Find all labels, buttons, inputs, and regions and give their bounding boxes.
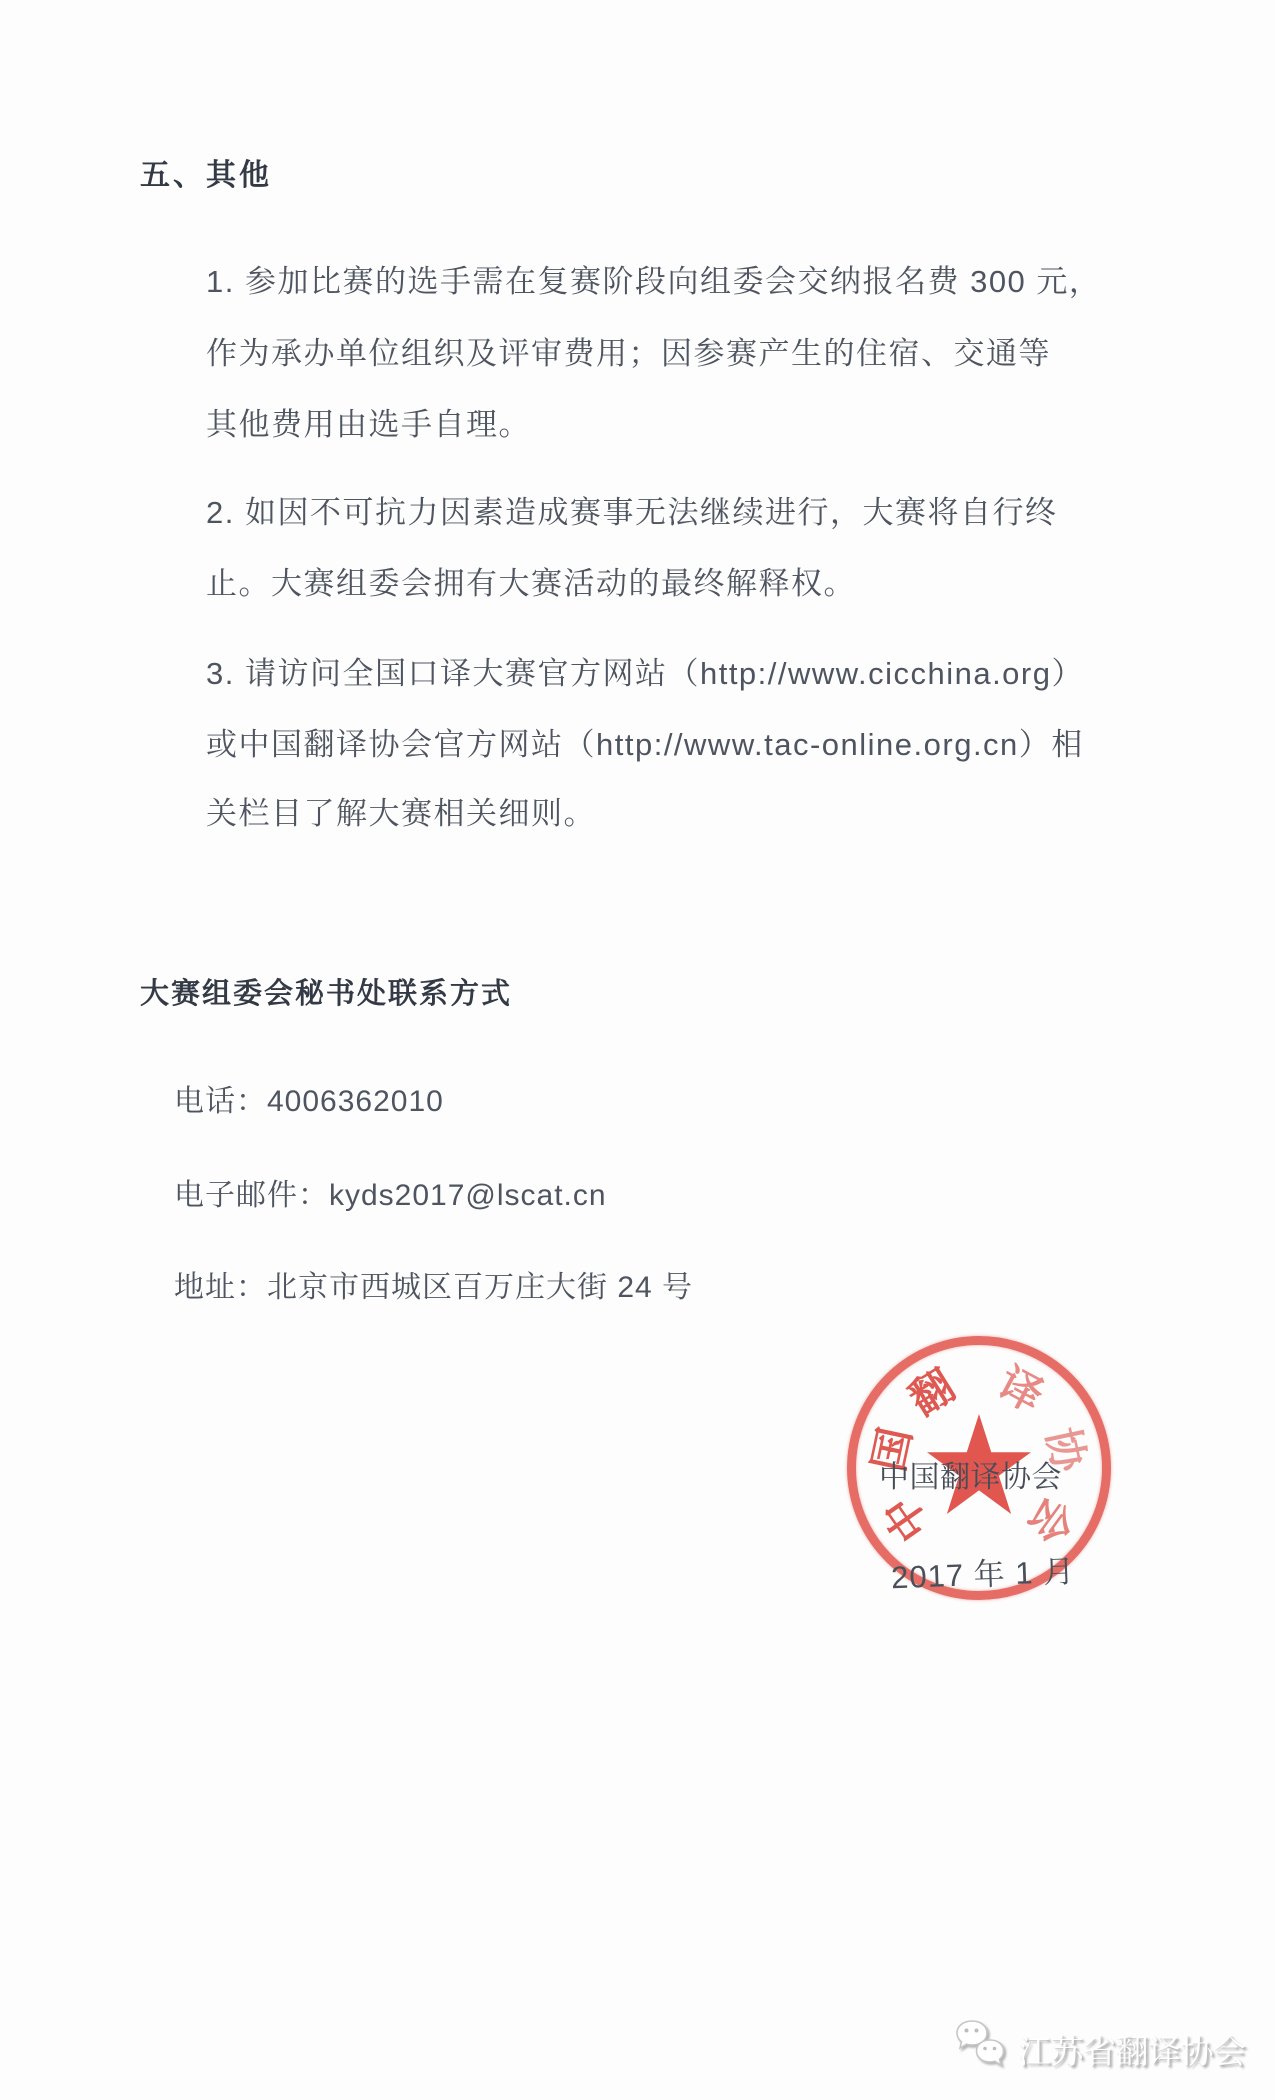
contact-email: 电子邮件：kyds2017@lscat.cn <box>174 1170 607 1214</box>
contact-address: 地址：北京市西城区百万庄大街 24 号 <box>174 1262 693 1306</box>
paragraph-1-line-3: 其他费用由选手自理。 <box>206 399 531 444</box>
section-heading: 五、其他 <box>140 150 272 194</box>
contact-heading: 大赛组委会秘书处联系方式 <box>140 971 512 1012</box>
wechat-icon <box>952 2018 1010 2076</box>
paragraph-2-line-1: 2. 如因不可抗力因素造成赛事无法继续进行，大赛将自行终 <box>206 487 1057 532</box>
paragraph-3-line-1: 3. 请访问全国口译大赛官方网站（http://www.cicchina.org… <box>206 648 1084 693</box>
paragraph-2-line-2: 止。大赛组委会拥有大赛活动的最终解释权。 <box>206 558 856 603</box>
scanned-document-page: 五、其他 1. 参加比赛的选手需在复赛阶段向组委会交纳报名费 300 元， 作为… <box>0 0 1275 2100</box>
paragraph-3-line-3: 关栏目了解大赛相关细则。 <box>206 788 596 833</box>
signature-date: 2017 年 1 月 <box>890 1546 1076 1597</box>
paragraph-1-line-1: 1. 参加比赛的选手需在复赛阶段向组委会交纳报名费 300 元， <box>206 256 1101 301</box>
paragraph-1-line-2: 作为承办单位组织及评审费用；因参赛产生的住宿、交通等 <box>206 328 1051 373</box>
signature-organization: 中国翻译协会 <box>879 1452 1062 1496</box>
publisher-name: 江苏省翻译协会 <box>1018 2026 1246 2073</box>
publisher-watermark: 江苏省翻译协会 <box>952 2018 1246 2076</box>
contact-phone: 电话：4006362010 <box>174 1076 444 1120</box>
paragraph-3-line-2: 或中国翻译协会官方网站（http://www.tac-online.org.cn… <box>206 719 1084 764</box>
